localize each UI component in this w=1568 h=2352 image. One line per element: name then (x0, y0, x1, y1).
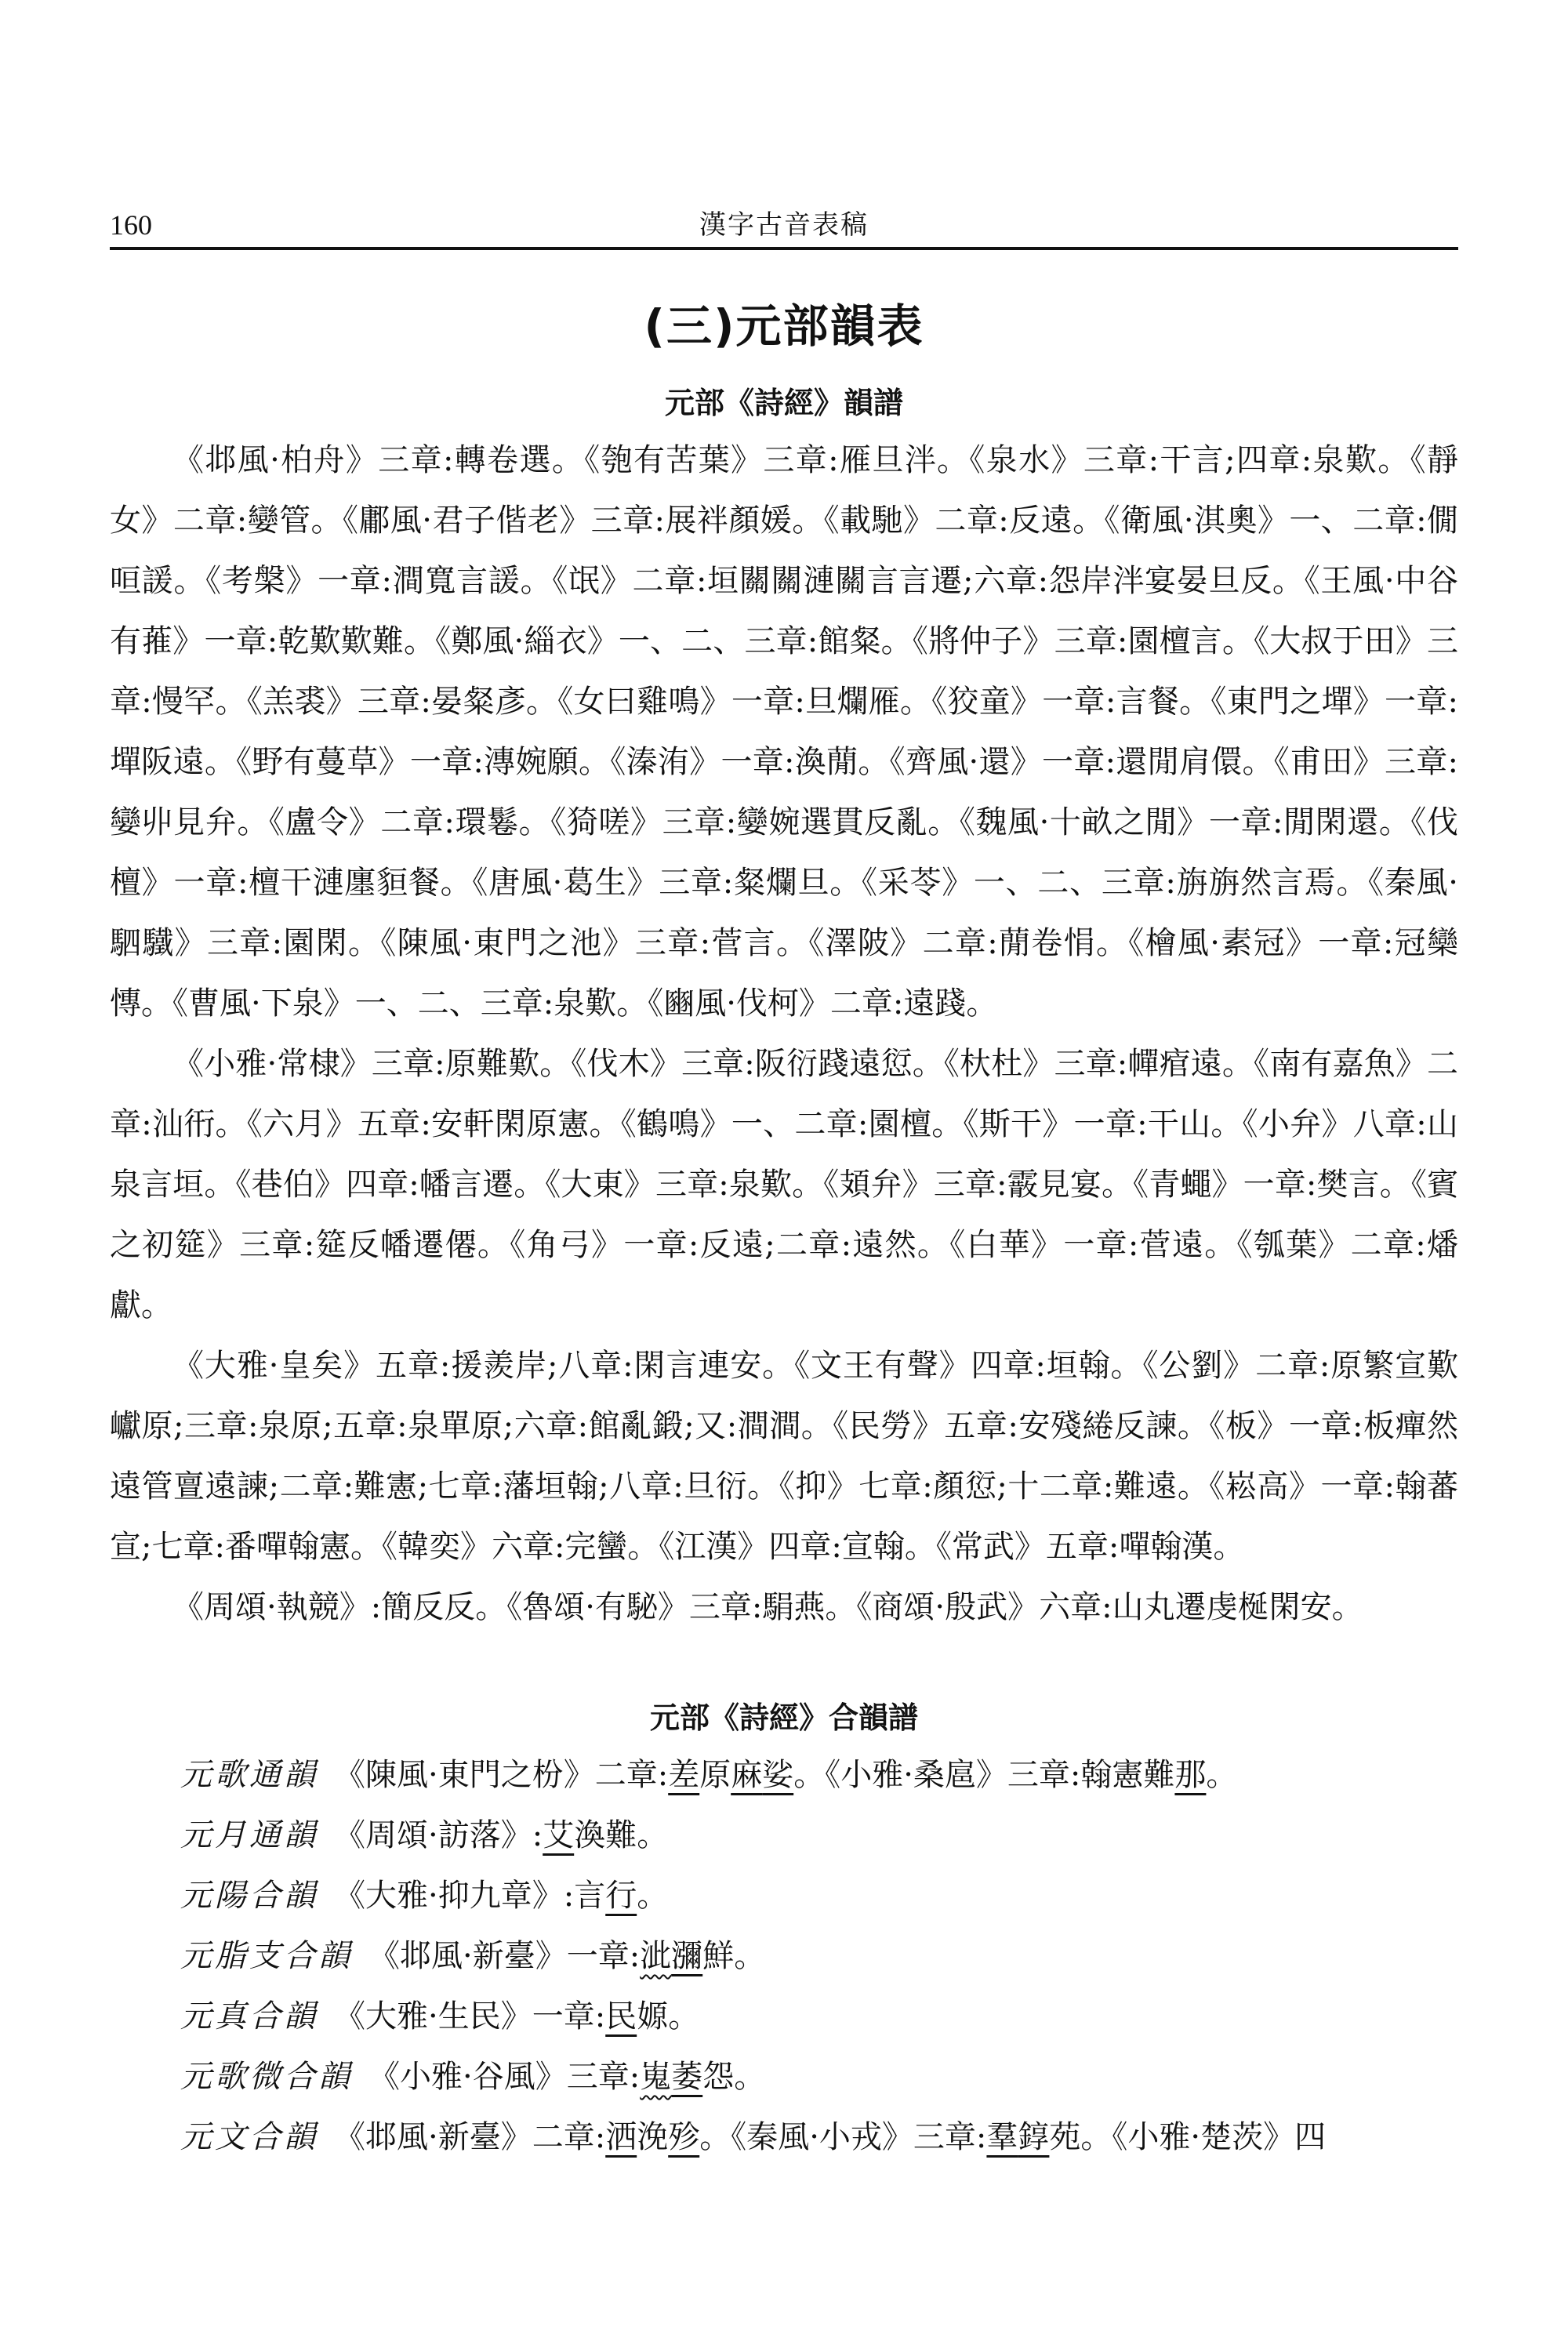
paragraph-guofeng: 《邶風·柏舟》三章:轉卷選。《匏有苦葉》三章:雁旦泮。《泉水》三章:干言;四章:… (110, 430, 1458, 1034)
rhyme-entry-text: 《周頌·訪落》:艾渙難。 (334, 1817, 668, 1853)
rhyme-entry-text: 《小雅·谷風》三章:嵬萎怨。 (368, 2059, 765, 2095)
text-segment: 。《秦風·小戎》三章: (699, 2119, 986, 2155)
rhyme-word-underlined: 錞 (1018, 2119, 1049, 2155)
rhyme-word-underlined: 艾 (543, 1817, 574, 1853)
rhyme-word-underlined: 娑 (762, 1757, 793, 1793)
rhyme-word-underlined: 麻 (731, 1757, 762, 1793)
text-segment: 《小雅·谷風》三章: (368, 2059, 640, 2095)
rhyme-type-label: 元月通韻 (180, 1806, 318, 1866)
rhyme-word-wavy: 嵬 (640, 2059, 671, 2095)
paragraph-xiaoya: 《小雅·常棣》三章:原難歎。《伐木》三章:阪衍踐遠愆。《杕杜》三章:幝痯遠。《南… (110, 1034, 1458, 1336)
rhyme-word-underlined: 洒 (605, 2119, 637, 2155)
rhyme-word-underlined: 羣 (986, 2119, 1018, 2155)
combined-rhyme-row: 元文合韻《邶風·新臺》二章:洒浼殄。《秦風·小戎》三章:羣錞苑。《小雅·楚茨》四 (180, 2107, 1482, 2168)
rhyme-type-label: 元陽合韻 (180, 1866, 318, 1926)
rhyme-entry-text: 《大雅·生民》一章:民嫄。 (334, 1998, 699, 2034)
paragraph-daya: 《大雅·皇矣》五章:援羨岸;八章:閑言連安。《文王有聲》四章:垣翰。《公劉》二章… (110, 1336, 1458, 1577)
rhyme-word-underlined: 民 (605, 1998, 637, 2034)
text-segment: 《大雅·抑九章》:言 (334, 1878, 605, 1914)
text-segment: 《大雅·生民》一章: (334, 1998, 605, 2034)
text-segment: 渙難。 (574, 1817, 668, 1853)
text-segment: 怨。 (702, 2059, 765, 2095)
combined-rhyme-row: 元歌通韻《陳風·東門之枌》二章:差原麻娑。《小雅·桑扈》三章:翰憲難那。 (180, 1745, 1482, 1806)
rhyme-type-label: 元文合韻 (180, 2107, 318, 2168)
combined-rhyme-list-title: 元部《詩經》合韻譜 (0, 1696, 1568, 1740)
text-segment: 。《小雅·桑扈》三章:翰憲難 (793, 1757, 1174, 1793)
rhyme-word-underlined: 瀰 (671, 1938, 702, 1974)
book-title: 漢字古音表稿 (110, 205, 1458, 245)
paragraph-song: 《周頌·執競》:簡反反。《魯頌·有駜》三章:駽燕。《商頌·殷武》六章:山丸遷虔梴… (110, 1577, 1458, 1638)
combined-rhyme-row: 元陽合韻《大雅·抑九章》:言行。 (180, 1866, 1482, 1926)
header-rule (110, 247, 1458, 250)
text-segment: 鮮。 (702, 1938, 765, 1974)
rhyme-type-label: 元歌微合韻 (180, 2047, 353, 2107)
text-segment: 嫄。 (637, 1998, 699, 2034)
rhyme-word-underlined: 那 (1174, 1757, 1206, 1793)
text-segment: 《陳風·東門之枌》二章: (334, 1757, 668, 1793)
combined-rhyme-row: 元真合韻《大雅·生民》一章:民嫄。 (180, 1987, 1482, 2047)
text-segment: 《周頌·訪落》: (334, 1817, 543, 1853)
rhyme-type-label: 元歌通韻 (180, 1745, 318, 1806)
text-segment: 苑。《小雅·楚茨》四 (1049, 2119, 1326, 2155)
combined-rhyme-row: 元月通韻《周頌·訪落》:艾渙難。 (180, 1806, 1482, 1866)
rhyme-entry-text: 《邶風·新臺》一章:泚瀰鮮。 (368, 1938, 765, 1974)
text-segment: 。 (1206, 1757, 1237, 1793)
rhyme-list-body: 《邶風·柏舟》三章:轉卷選。《匏有苦葉》三章:雁旦泮。《泉水》三章:干言;四章:… (110, 430, 1458, 1638)
rhyme-type-label: 元真合韻 (180, 1987, 318, 2047)
combined-rhyme-row: 元脂支合韻《邶風·新臺》一章:泚瀰鮮。 (180, 1926, 1482, 1987)
rhyme-word-underlined: 行 (605, 1878, 637, 1914)
section-title: (三)元部韻表 (0, 296, 1568, 356)
rhyme-entry-text: 《大雅·抑九章》:言行。 (334, 1878, 668, 1914)
rhyme-word-underlined: 萎 (671, 2059, 702, 2095)
rhyme-word-underlined: 差 (668, 1757, 699, 1793)
rhyme-entry-text: 《邶風·新臺》二章:洒浼殄。《秦風·小戎》三章:羣錞苑。《小雅·楚茨》四 (334, 2119, 1326, 2155)
rhyme-entry-text: 《陳風·東門之枌》二章:差原麻娑。《小雅·桑扈》三章:翰憲難那。 (334, 1757, 1237, 1793)
rhyme-type-label: 元脂支合韻 (180, 1926, 353, 1987)
text-segment: 《邶風·新臺》一章: (368, 1938, 640, 1974)
rhyme-word-wavy: 泚 (640, 1938, 671, 1974)
running-header: 160 漢字古音表稿 (110, 205, 1458, 245)
rhyme-list-title: 元部《詩經》韻譜 (0, 381, 1568, 425)
rhyme-word-underlined: 殄 (668, 2119, 699, 2155)
text-segment: 。 (637, 1878, 668, 1914)
text-segment: 浼 (637, 2119, 668, 2155)
combined-rhyme-row: 元歌微合韻《小雅·谷風》三章:嵬萎怨。 (180, 2047, 1482, 2107)
text-segment: 《邶風·新臺》二章: (334, 2119, 605, 2155)
text-segment: 原 (699, 1757, 731, 1793)
combined-rhyme-list: 元歌通韻《陳風·東門之枌》二章:差原麻娑。《小雅·桑扈》三章:翰憲難那。 元月通… (180, 1745, 1482, 2168)
